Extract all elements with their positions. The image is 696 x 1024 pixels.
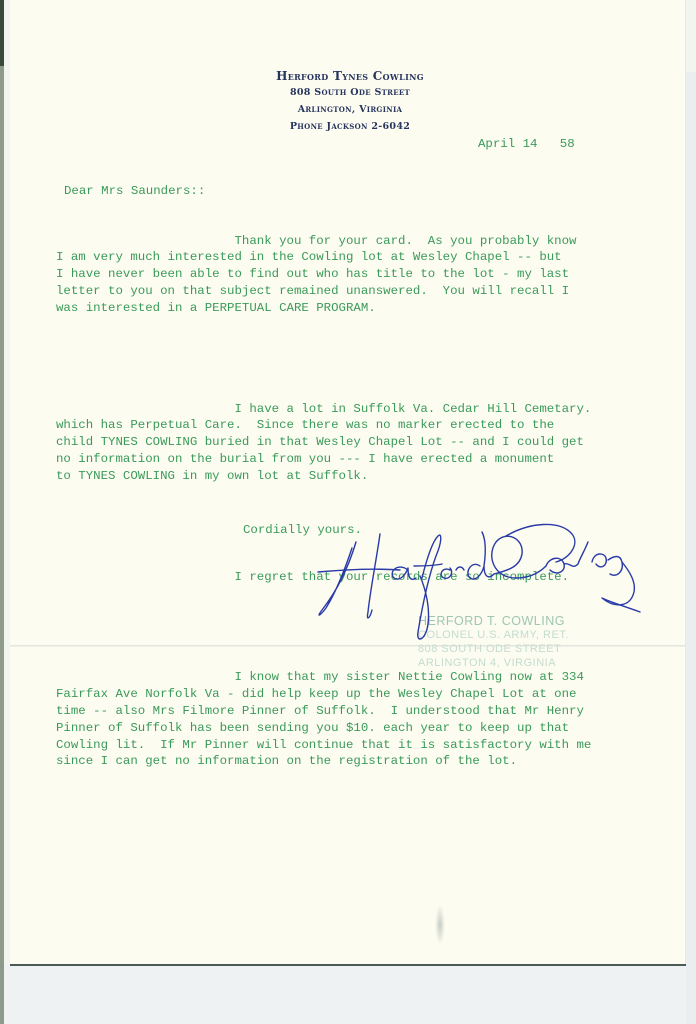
scan-left-edge-lower	[0, 66, 4, 1024]
handwritten-signature	[310, 512, 650, 652]
letter-date: April 14 58	[478, 136, 575, 153]
stamp-city: ARLINGTON 4, VIRGINIA	[418, 656, 588, 670]
salutation: Dear Mrs Saunders::	[64, 183, 205, 200]
letterhead-address: 808 South Ode Street	[240, 84, 460, 101]
paper-bottom-edge	[10, 964, 686, 966]
letterhead-name: Herford Tynes Cowling	[240, 68, 460, 84]
scan-background	[4, 966, 696, 1024]
paragraph-1: Thank you for your card. As you probably…	[56, 233, 591, 317]
scan-right-strip	[686, 72, 696, 1024]
letterhead: Herford Tynes Cowling 808 South Ode Stre…	[240, 68, 460, 135]
paper-smudge	[435, 905, 445, 945]
paragraph-2: I have a lot in Suffolk Va. Cedar Hill C…	[56, 401, 591, 485]
letterhead-city: Arlington, Virginia	[240, 101, 460, 118]
paragraph-4: I know that my sister Nettie Cowling now…	[56, 669, 591, 770]
letter-body: Thank you for your card. As you probably…	[56, 199, 591, 787]
letterhead-phone: Phone Jackson 2-6042	[240, 118, 460, 135]
